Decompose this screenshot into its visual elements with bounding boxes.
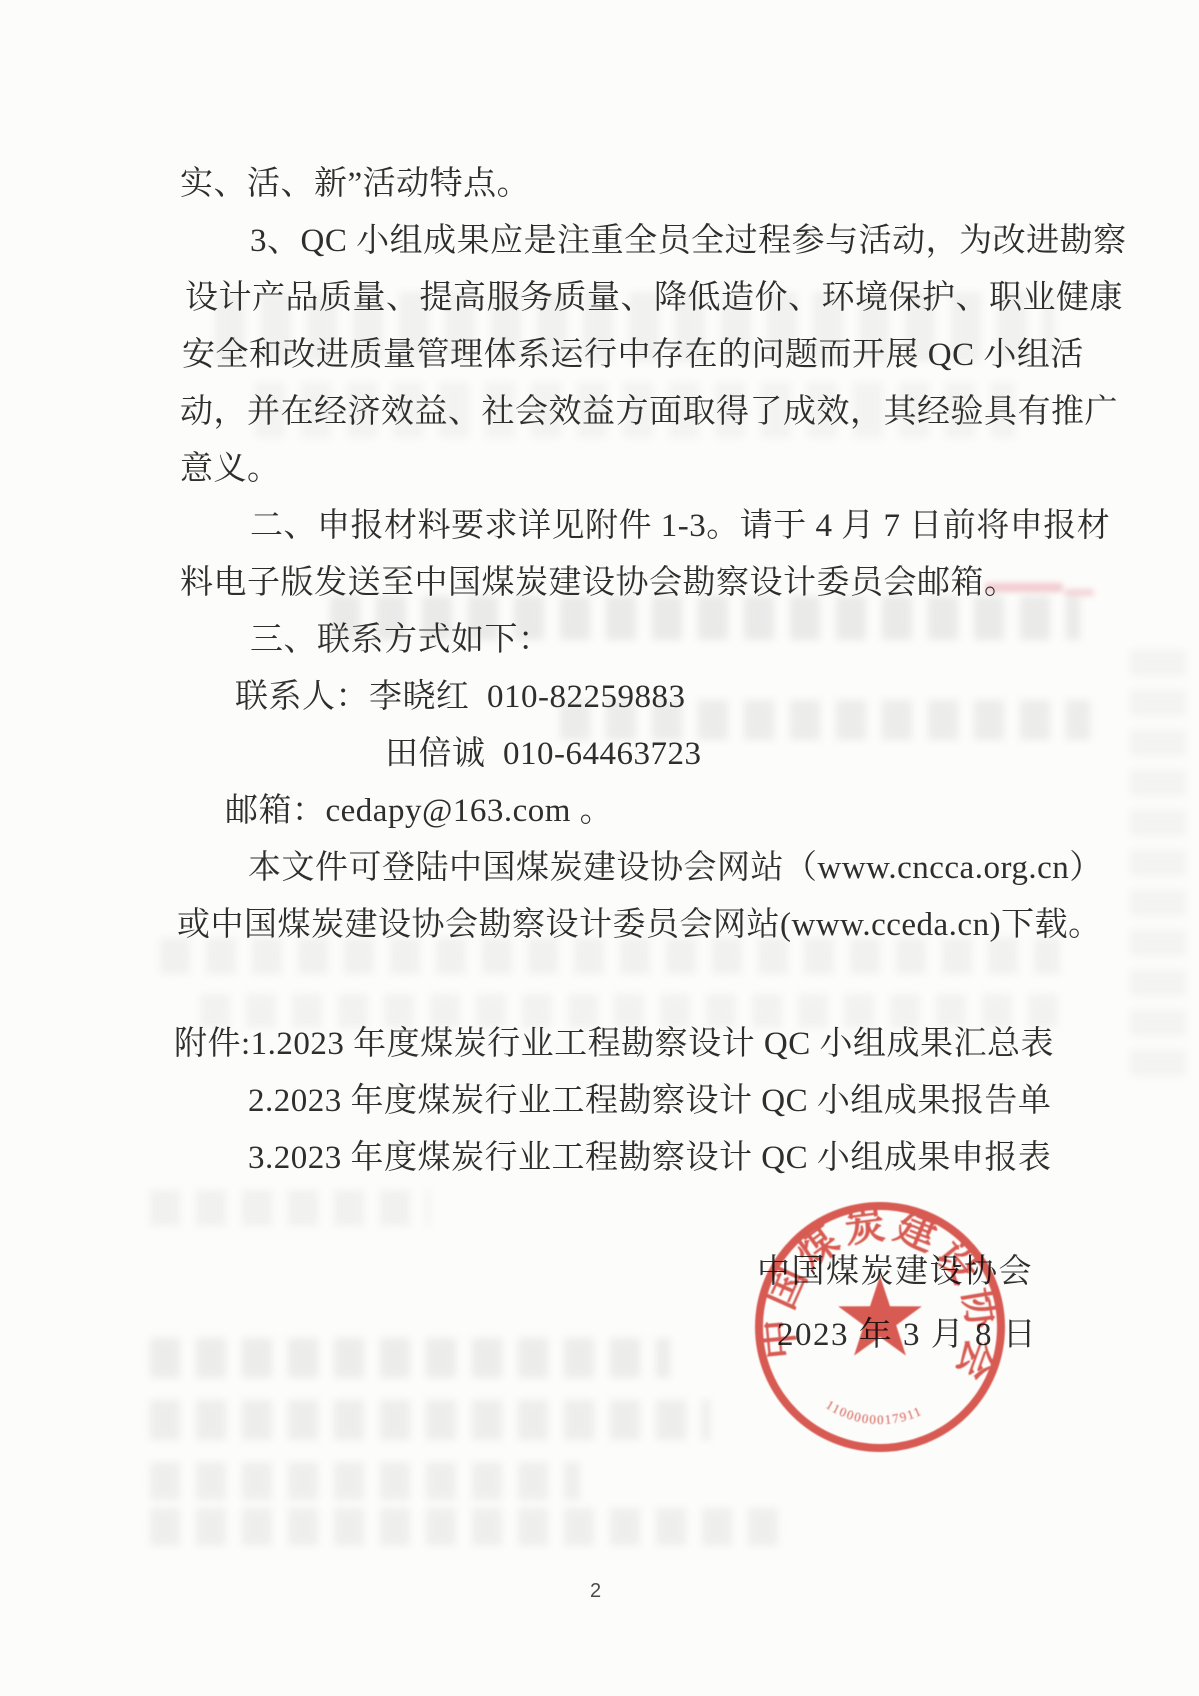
body-line: 实、活、新”活动特点。 [180, 168, 530, 201]
official-seal: 中国煤炭建设协会 1100000017911 [750, 1194, 1010, 1460]
body-line: 3、QC 小组成果应是注重全员全过程参与活动，为改进勘察 [250, 225, 1127, 258]
seal-star-icon [838, 1276, 922, 1356]
attachment-line: 附件:1.2023 年度煤炭行业工程勘察设计 QC 小组成果汇总表 [174, 1028, 1054, 1061]
website-line: 或中国煤炭建设协会勘察设计委员会网站(www.cceda.cn)下载。 [177, 909, 1102, 942]
body-line: 二、申报材料要求详见附件 1-3。请于 4 月 7 日前将申报材 [250, 510, 1110, 543]
website-line: 本文件可登陆中国煤炭建设协会网站（www.cncca.org.cn） [248, 852, 1103, 885]
attachment-line: 2.2023 年度煤炭行业工程勘察设计 QC 小组成果报告单 [248, 1085, 1051, 1118]
email-line: 邮箱：cedapy@163.com 。 [225, 795, 613, 828]
bleedthrough-row [150, 1338, 670, 1378]
attachment-line: 3.2023 年度煤炭行业工程勘察设计 QC 小组成果申报表 [248, 1142, 1051, 1175]
bleedthrough-row [150, 1190, 430, 1226]
bleedthrough-row [160, 938, 1060, 974]
bleedthrough-row [150, 1462, 580, 1500]
page-number: 2 [590, 1580, 601, 1603]
bleedthrough-row [150, 1508, 790, 1546]
bleedthrough-row [200, 994, 1060, 1028]
svg-text:1100000017911: 1100000017911 [823, 1397, 924, 1427]
bleedthrough-column [1130, 650, 1186, 1080]
body-line: 设计产品质量、提高服务质量、降低造价、环境保护、职业健康 [185, 282, 1123, 315]
body-line: 料电子版发送至中国煤炭建设协会勘察设计委员会邮箱。 [180, 567, 1018, 600]
body-line: 三、联系方式如下： [250, 624, 552, 657]
body-line: 意义。 [180, 453, 281, 486]
document-page: 实、活、新”活动特点。 3、QC 小组成果应是注重全员全过程参与活动，为改进勘察… [0, 0, 1199, 1696]
body-line: 动，并在经济效益、社会效益方面取得了成效，其经验具有推广 [180, 396, 1118, 429]
bleedthrough-row [150, 1400, 710, 1440]
pink-smudge [1064, 589, 1094, 596]
body-line: 安全和改进质量管理体系运行中存在的问题而开展 QC 小组活 [182, 339, 1084, 372]
seal-serial-number: 1100000017911 [823, 1397, 924, 1427]
contact-line: 联系人：李晓红 010-82259883 [235, 681, 686, 714]
contact-line: 田倍诚 010-64463723 [385, 738, 702, 771]
